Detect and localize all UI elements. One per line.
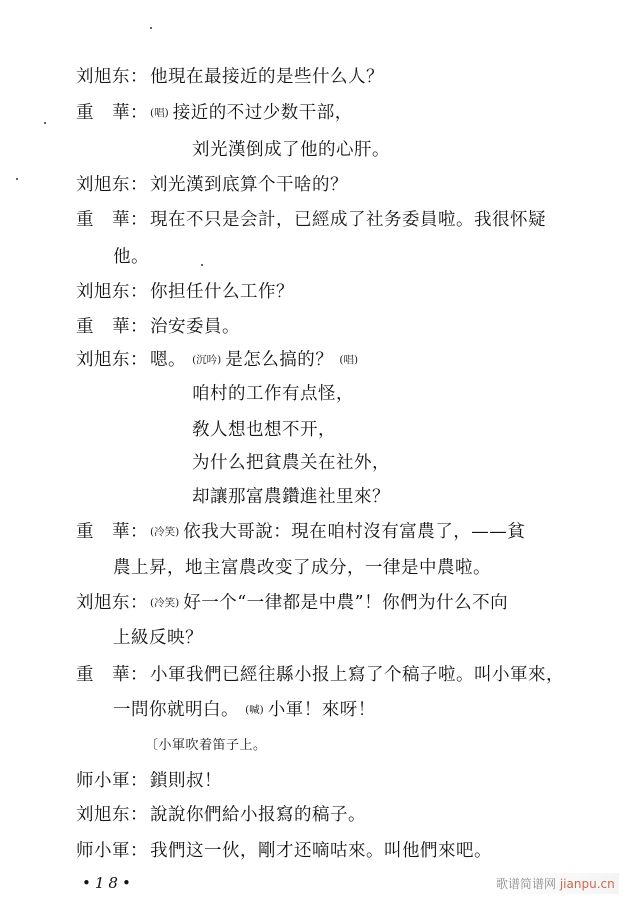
print-speck <box>16 178 18 180</box>
dialogue-text: 鎖則叔！ <box>150 768 222 794</box>
watermark: 歌谱简谱网 jianpu.cn <box>492 873 619 894</box>
dialogue-text: 治安委員。 <box>150 314 240 340</box>
stage-direction-note: (喊) <box>245 704 264 716</box>
stage-direction-note: (唱) <box>339 354 358 366</box>
dialogue-text: 上級反映？ <box>113 625 203 651</box>
stage-direction-note: (沉吟) <box>192 354 221 366</box>
speaker-label: 重 華： <box>76 100 148 126</box>
speaker-label: 重 華： <box>76 314 148 340</box>
dialogue-text: 他現在最接近的是些什么人？ <box>150 64 384 90</box>
speaker-label: 重 華： <box>76 207 148 233</box>
dialogue-text: 你担任什么工作？ <box>150 279 294 305</box>
speaker-label: 刘旭东： <box>76 172 148 198</box>
dialogue-text: 接近的不过少数干部， <box>173 103 353 123</box>
print-speck <box>44 122 46 124</box>
stage-direction-text: 〔小軍吹着笛子上。 <box>145 733 267 759</box>
dialogue-text: 他。 <box>113 244 149 270</box>
print-speck <box>201 264 203 266</box>
dialogue-text: 刘光漢倒成了他的心肝。 <box>192 137 390 163</box>
speaker-label: 刘旭东： <box>76 802 148 828</box>
dialogue-text: 咱村的工作有点怪， <box>192 381 354 407</box>
speaker-label: 刘旭东： <box>76 279 148 305</box>
dialogue-text: 小軍！來呀！ <box>268 700 376 720</box>
watermark-cn: 歌谱简谱网 <box>496 877 556 891</box>
dialogue-text: 一問你就明白。 <box>113 700 239 720</box>
speaker-label: 刘旭东： <box>76 347 148 373</box>
dialogue-text: 是怎么搞的？ <box>225 350 333 370</box>
speaker-label: 师小軍： <box>76 838 148 864</box>
dialogue-text: 好一个“一律都是中農”！你們为什么不向 <box>183 593 508 613</box>
page-number: •18• <box>82 874 135 892</box>
dialogue-text: 为什么把貧農关在社外， <box>192 450 390 476</box>
dialogue-text: 嗯。 <box>150 350 186 370</box>
dialogue-text: 刘光漢到底算个干啥的？ <box>150 172 348 198</box>
dialogue-text: 現在不只是会計，已經成了社务委員啦。我很怀疑 <box>150 207 546 233</box>
dialogue-text: 說說你們給小报寫的稿子。 <box>150 802 366 828</box>
dialogue-text: 我們这一伙，剛才还嘀咕來。叫他們來吧。 <box>150 838 492 864</box>
stage-direction-note: (冷笑) <box>150 526 179 538</box>
dialogue-text: 小軍我們已經往縣小报上寫了个稿子啦。叫小軍來， <box>150 662 564 688</box>
stage-direction-note: (唱) <box>150 107 169 119</box>
dialogue-text: 依我大哥說：現在咱村沒有富農了，——貧 <box>183 522 525 542</box>
watermark-en: jianpu.cn <box>560 877 615 891</box>
dialogue-text: 却讓那富農鑽進社里來？ <box>192 484 390 510</box>
dialogue-text: 農上昇，地主富農改变了成分，一律是中農啦。 <box>113 555 491 581</box>
dialogue-text: 敎人想也想不开， <box>192 417 336 443</box>
speaker-label: 刘旭东： <box>76 590 148 616</box>
speaker-label: 重 華： <box>76 662 148 688</box>
speaker-label: 重 華： <box>76 519 148 545</box>
stage-direction-note: (冷笑) <box>150 597 179 609</box>
print-speck <box>150 27 152 29</box>
speaker-label: 师小軍： <box>76 768 148 794</box>
speaker-label: 刘旭东： <box>76 64 148 90</box>
